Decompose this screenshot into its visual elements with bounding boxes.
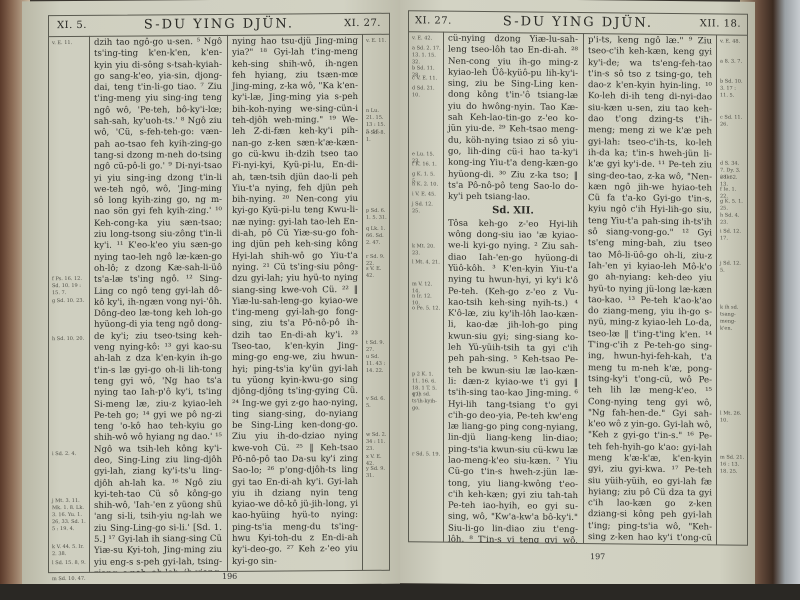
table-surface (0, 584, 800, 600)
margin-note: b Sd. 10. 3. 17 : 11. 5. (720, 78, 745, 99)
chapter-heading: Sd. XII. (448, 205, 578, 218)
left-header-ref-end: XI. 27. (344, 18, 381, 29)
margin-note: j Mt. 3. 11. Mk. 1. 8. Lk. 3. 16. Yu. 1.… (52, 498, 87, 533)
margin-note: j Sd. 12. 25. (412, 201, 441, 215)
margin-note: h K. 2. 10. (412, 181, 441, 188)
margin-note: f K. 16. 1. (412, 161, 441, 168)
scripture-text: Tôsa keh-go z-'eo Hyi-lih wông dong-siu … (448, 218, 578, 543)
left-page-column-2: nying hao tsu-djü Jing-ming yia?" ¹⁸ Gyi… (228, 34, 362, 571)
margin-note: g Sd. 10. 23. (52, 298, 87, 305)
margin-note: v Sd. 6. 5. (366, 396, 387, 410)
margin-note: c Sd. 11. 26. (720, 114, 745, 128)
right-inner-margin-notes: v. E. 42. a Sd. 2. 17. 13. 1. 15. 32. b … (409, 31, 443, 541)
right-outer-margin-notes: v. E. 48. a 8. 3. 7. b Sd. 10. 3. 17 : 1… (717, 34, 747, 544)
margin-note: v. E. 11. (366, 38, 387, 45)
margin-note: p Sd. 6. 1. 5. 31. (366, 208, 387, 222)
margin-note: m Sd. 21. 16 : 13. 18. 25. (720, 454, 745, 475)
margin-note: q ih sd. ts'ih-kyih-go. (412, 391, 441, 412)
margin-note: d Sd. 21. 10. (412, 85, 441, 99)
margin-note: h Sd. 10. 20. (52, 336, 87, 343)
margin-note: v. E. 48. (720, 38, 745, 45)
margin-note: a Sd. 2. 17. 13. 1. 15. 32. (412, 45, 441, 66)
margin-note: o Pe. 5. 12. (412, 305, 441, 312)
right-page-frame: XI. 27. S-DU YING DJÜN. XII. 18. v. E. 4… (408, 10, 748, 546)
right-page-number: 197 (590, 552, 605, 561)
right-header-ref-end: XII. 18. (700, 18, 741, 29)
margin-note: y Sd. 9. 31. (366, 466, 387, 480)
scripture-text: nying hao tsu-djü Jing-ming yia?" ¹⁸ Gyi… (232, 36, 358, 568)
margin-note: l Sd. 15. 8, 9. (52, 560, 87, 567)
left-inner-margin-notes: v. E. 11. n Lu. 21. 15. 13 : 15. 5. 16. … (363, 34, 389, 570)
right-page-column-1: cü-nying dzong Yiæ-lu-sah-leng tseo-lôh … (444, 32, 582, 543)
margin-note: k V. 44. 5. Ir. 2. 38. (52, 544, 87, 558)
scripture-text: p'i-ts, keng ngô læ." ⁹ Ziu tseo-c'ih ke… (588, 35, 712, 544)
margin-note: j Sd. 12. 5. (720, 260, 745, 274)
margin-note: o Sd. 8. 1. (366, 130, 387, 144)
margin-note: u Sd. 11. 43 : 14. 22. (366, 354, 387, 375)
margin-note: t Sd. 9. 27. (366, 340, 387, 354)
right-page: XI. 27. S-DU YING DJÜN. XII. 18. v. E. 4… (400, 0, 755, 587)
left-page-column-1: dzih tao ngô-go u-sen. ⁵ Ngô ts'ing-ting… (90, 35, 226, 572)
scripture-text: cü-nying dzong Yiæ-lu-sah-leng tseo-lôh … (448, 34, 578, 205)
margin-note: c V. E. 11. (412, 75, 441, 82)
margin-note: v. E. 42. (412, 35, 441, 42)
left-page-frame: XI. 5. S-DU YING DJÜN. XI. 27. v. E. 11.… (48, 13, 390, 573)
margin-note: s V. E. 42. (366, 266, 387, 280)
left-page-number: 196 (222, 572, 237, 581)
margin-note: g K. 5. 1. 25. (720, 198, 745, 212)
margin-note: k ih sd. tsang-meng-k'en. (720, 304, 745, 332)
margin-note: k Mt. 20. 23. (412, 243, 441, 257)
left-outer-margin-notes: v. E. 11. f Ps. 16. 12. Sd. 10. 19 : 15.… (49, 36, 89, 572)
margin-note: q Lk. 1. 66. Sd. 2. 47. (366, 226, 387, 247)
margin-note: a 8. 3. 7. (720, 58, 745, 65)
right-running-title: S-DU YING DJÜN. (409, 13, 747, 32)
margin-note: i V. E. 45. (412, 191, 441, 198)
left-running-title: S-DU YING DJÜN. (49, 16, 389, 33)
margin-note: h Sd. 4. 23. (720, 212, 745, 226)
margin-note: m Sd. 10. 47. (52, 576, 87, 583)
margin-note: f Ps. 16. 12. Sd. 10. 19 : 15. 7. (52, 276, 87, 297)
margin-note: v. E. 11. (52, 40, 87, 47)
margin-note: w Sd. 2. 34 : 11. 23. (366, 432, 387, 453)
right-page-column-2: p'i-ts, keng ngô læ." ⁹ Ziu tseo-c'ih ke… (584, 33, 716, 544)
margin-note: r Sd. 5. 19. (412, 451, 441, 458)
margin-note: l Mt. 26. 10. (720, 410, 745, 424)
margin-note: l Mt. 4. 21. (412, 259, 441, 266)
scripture-text: dzih tao ngô-go u-sen. ⁵ Ngô ts'ing-ting… (94, 37, 222, 572)
margin-note: i Sd. 12. 17. (720, 228, 745, 242)
left-page: XI. 5. S-DU YING DJÜN. XI. 27. v. E. 11.… (22, 0, 400, 586)
margin-note: i Sd. 2. 4. (52, 451, 87, 458)
